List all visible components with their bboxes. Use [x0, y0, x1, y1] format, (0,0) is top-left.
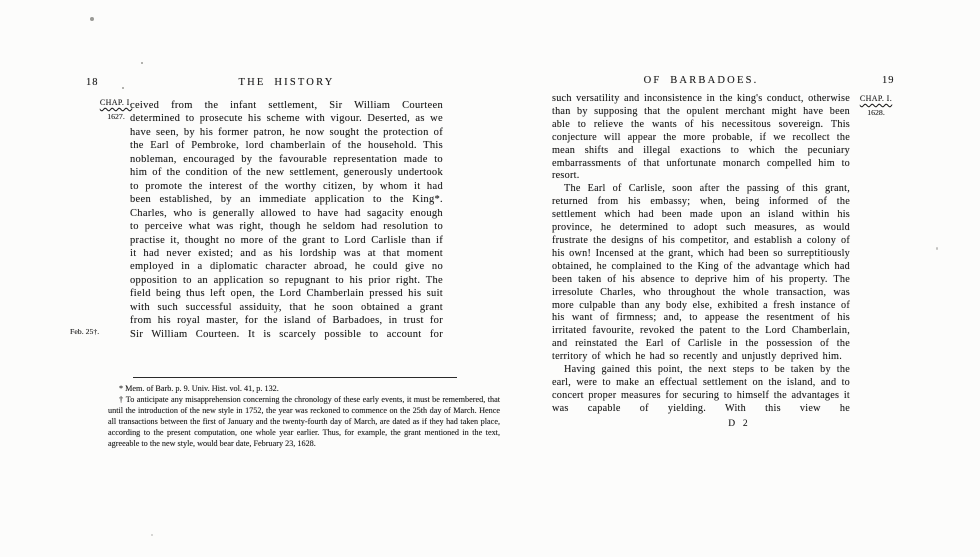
body-paragraph: such versatility and inconsistence in th… [552, 93, 850, 183]
footnote: * Mem. of Barb. p. 9. Univ. Hist. vol. 4… [108, 384, 500, 395]
body-paragraph: The Earl of Carlisle, soon after the pas… [552, 183, 850, 364]
scan-speck [151, 534, 153, 536]
chapter-year: 1628. [853, 107, 899, 118]
signature-mark: D 2 [552, 418, 850, 431]
right-running-head: OF BARBADOES. [552, 75, 850, 86]
left-page-number: 18 [86, 77, 99, 88]
left-page-footnotes: * Mem. of Barb. p. 9. Univ. Hist. vol. 4… [108, 384, 500, 449]
left-running-head: THE HISTORY [130, 77, 443, 88]
body-paragraph: Having gained this point, the next steps… [552, 364, 850, 416]
right-chapter-margin-note: CHAP. I. 1628. [853, 93, 899, 118]
footnote: † To anticipate any misapprehension conc… [108, 395, 500, 450]
left-page-body: ceived from the infant settlement, Sir W… [130, 99, 443, 341]
date-margin-note: Feb. 25†. [70, 327, 99, 336]
footnote-rule [133, 377, 457, 378]
book-spread-scan: 18 THE HISTORY CHAP. I. 1627. Feb. 25†. … [0, 0, 980, 557]
scan-speck [122, 87, 124, 89]
scan-speck [936, 247, 938, 250]
right-page-body: such versatility and inconsistence in th… [552, 93, 850, 431]
body-paragraph: ceived from the infant settlement, Sir W… [130, 99, 443, 341]
chapter-label: CHAP. I. [853, 93, 899, 104]
scan-speck [141, 62, 143, 64]
right-page-number: 19 [882, 75, 895, 86]
scan-speck [90, 17, 94, 21]
